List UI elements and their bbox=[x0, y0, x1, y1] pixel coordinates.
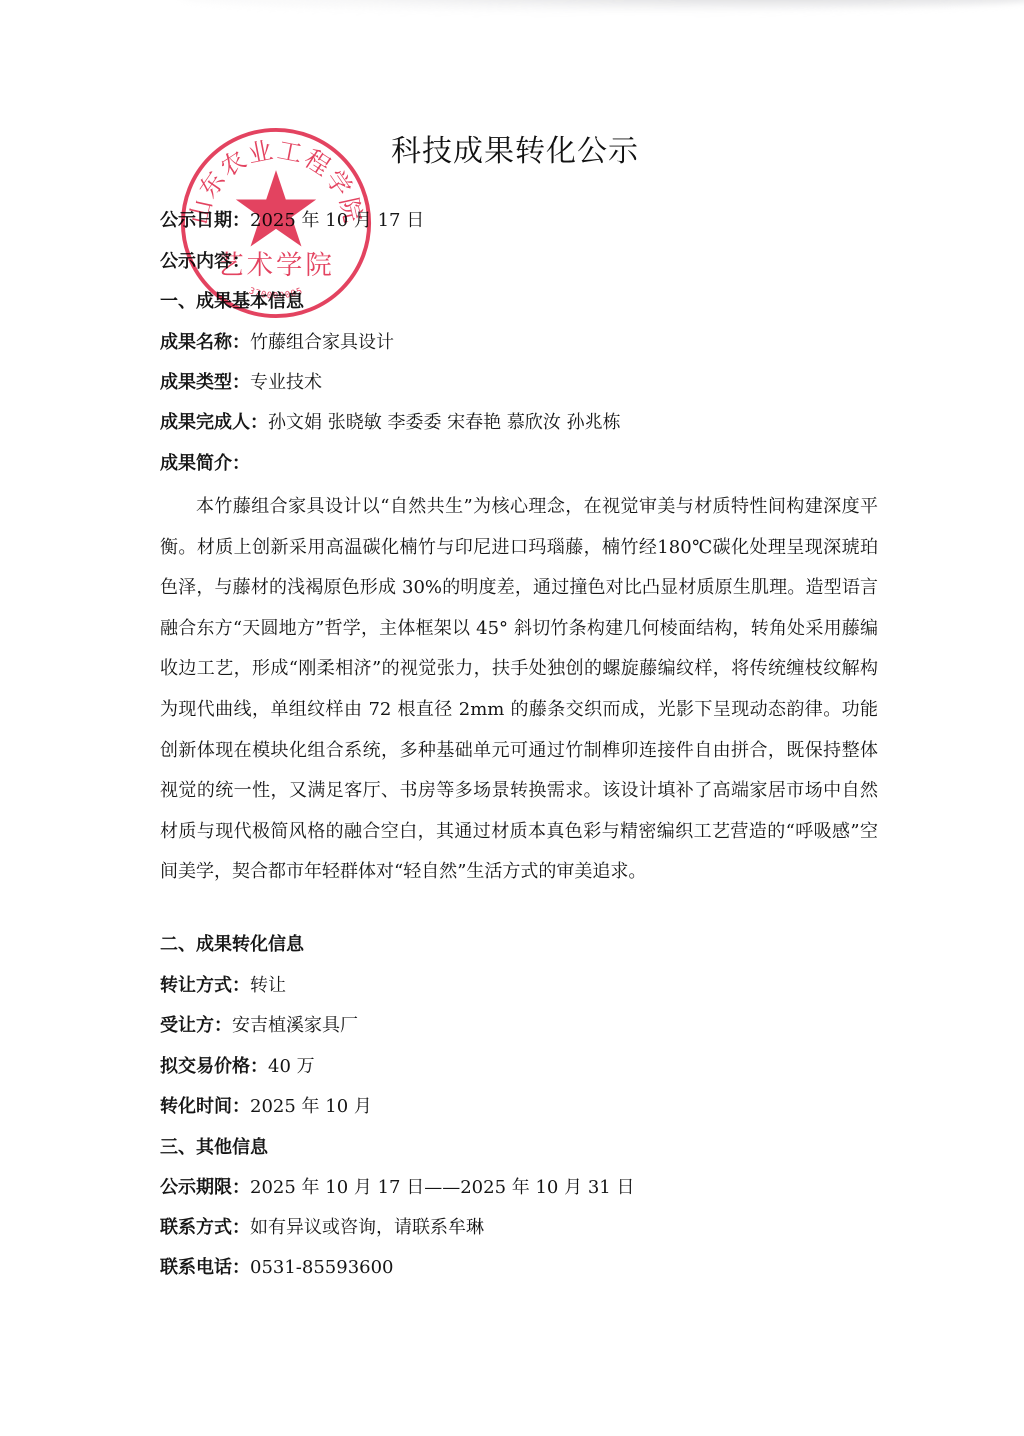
achievement-name-row: 成果名称：竹藤组合家具设计 bbox=[160, 331, 394, 355]
notice-period-row: 公示期限：2025 年 10 月 17 日——2025 年 10 月 31 日 bbox=[160, 1176, 634, 1200]
summary-label: 成果简介： bbox=[160, 453, 250, 474]
contact-method-row: 联系方式：如有异议或咨询，请联系牟琳 bbox=[160, 1216, 484, 1240]
price-value: 40 万 bbox=[268, 1056, 315, 1077]
notice-date-row: 公示日期：2025 年 10 月 17 日 bbox=[160, 209, 424, 233]
contributors-row: 成果完成人：孙文娟 张晓敏 李委委 宋春艳 慕欣汝 孙兆栋 bbox=[160, 411, 621, 435]
notice-content-row: 公示内容： bbox=[160, 250, 250, 274]
contributors-label: 成果完成人： bbox=[160, 412, 268, 433]
notice-content-label: 公示内容： bbox=[160, 251, 250, 272]
summary-label-row: 成果简介： bbox=[160, 452, 250, 476]
contact-phone-row: 联系电话：0531-85593600 bbox=[160, 1256, 394, 1280]
transfer-time-row: 转化时间：2025 年 10 月 bbox=[160, 1095, 372, 1119]
transfer-method-row: 转让方式：转让 bbox=[160, 974, 286, 998]
transferee-value: 安吉植溪家具厂 bbox=[232, 1015, 358, 1036]
contact-method-label: 联系方式： bbox=[160, 1217, 250, 1238]
price-label: 拟交易价格： bbox=[160, 1056, 268, 1077]
contact-phone-label: 联系电话： bbox=[160, 1257, 250, 1278]
notice-period-label: 公示期限： bbox=[160, 1177, 250, 1198]
transfer-time-value: 2025 年 10 月 bbox=[250, 1096, 372, 1117]
transferee-label: 受让方： bbox=[160, 1015, 232, 1036]
notice-date-label: 公示日期： bbox=[160, 210, 250, 231]
document-page: 科技成果转化公示 公示日期：2025 年 10 月 17 日 公示内容： 一、成… bbox=[0, 0, 1024, 1436]
summary-paragraph: 本竹藤组合家具设计以“自然共生”为核心理念，在视觉审美与材质特性间构建深度平衡。… bbox=[160, 487, 878, 893]
achievement-name-label: 成果名称： bbox=[160, 332, 250, 353]
achievement-name-value: 竹藤组合家具设计 bbox=[250, 332, 394, 353]
notice-period-value: 2025 年 10 月 17 日——2025 年 10 月 31 日 bbox=[250, 1177, 634, 1198]
transfer-time-label: 转化时间： bbox=[160, 1096, 250, 1117]
contact-method-value: 如有异议或咨询，请联系牟琳 bbox=[250, 1217, 484, 1238]
achievement-type-label: 成果类型： bbox=[160, 372, 250, 393]
price-row: 拟交易价格：40 万 bbox=[160, 1055, 315, 1079]
achievement-type-value: 专业技术 bbox=[250, 372, 322, 393]
section-heading-other-info: 三、其他信息 bbox=[160, 1136, 268, 1160]
section-heading-basic-info: 一、成果基本信息 bbox=[160, 290, 304, 314]
section-heading-transfer-info: 二、成果转化信息 bbox=[160, 933, 304, 957]
notice-date-value: 2025 年 10 月 17 日 bbox=[250, 210, 424, 231]
achievement-type-row: 成果类型：专业技术 bbox=[160, 371, 322, 395]
transfer-method-value: 转让 bbox=[250, 975, 286, 996]
page-title: 科技成果转化公示 bbox=[0, 126, 1024, 170]
contributors-value: 孙文娟 张晓敏 李委委 宋春艳 慕欣汝 孙兆栋 bbox=[268, 412, 621, 433]
transfer-method-label: 转让方式： bbox=[160, 975, 250, 996]
transferee-row: 受让方：安吉植溪家具厂 bbox=[160, 1014, 358, 1038]
contact-phone-value: 0531-85593600 bbox=[250, 1257, 394, 1278]
